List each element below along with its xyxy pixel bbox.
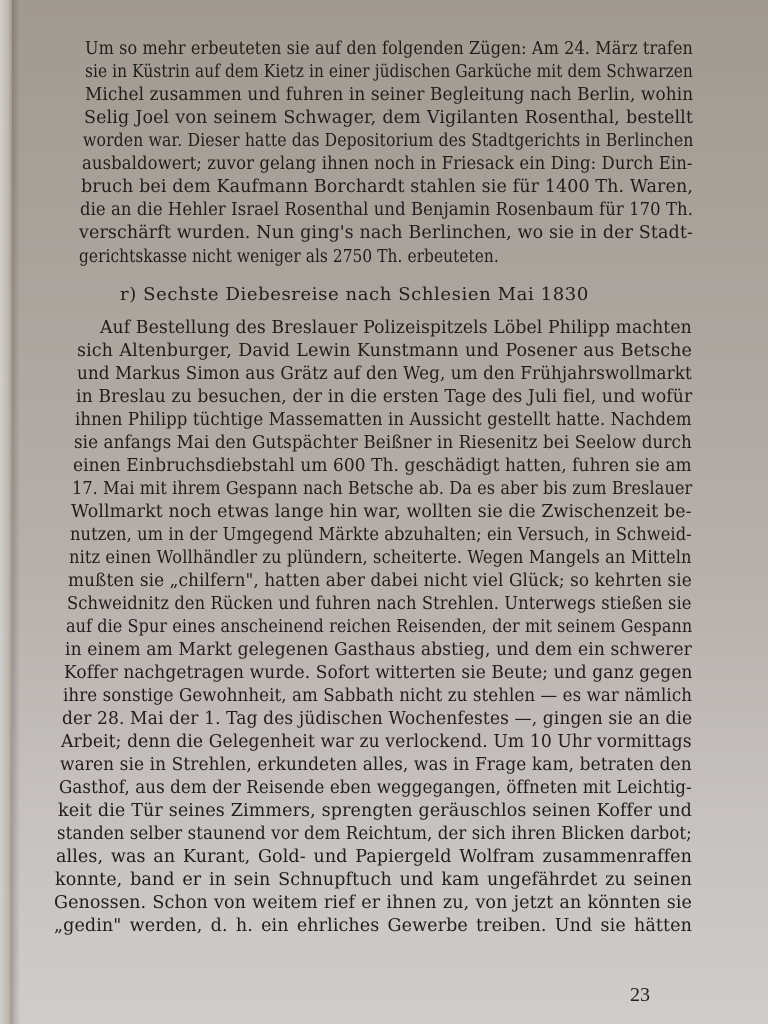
text-line: gerichtskasse nicht weniger als 2750 Th.… [79, 247, 499, 267]
text-line: nutzen, um in der Umgegend Märkte abzuha… [70, 525, 692, 545]
text-line: Arbeit; denn die Gelegenheit war zu verl… [61, 732, 692, 752]
book-page: Um so mehr erbeuteten sie auf den folgen… [0, 0, 768, 1024]
text-line: worden war. Dieser hatte das Depositoriu… [83, 131, 693, 151]
text-line: nitz einen Wollhändler zu plündern, sche… [69, 548, 692, 568]
text-line: in einem am Markt gelegenen Gasthaus abs… [65, 640, 692, 660]
text-line: sich Altenburger, David Lewin Kunstmann … [77, 341, 692, 361]
text-line: die an die Hehler Israel Rosenthal und B… [80, 200, 693, 220]
text-line: ihre sonstige Gewohnheit, am Sabbath nic… [63, 686, 692, 706]
text-line: in Breslau zu besuchen, der in die erste… [76, 387, 692, 407]
text-line: verschärft wurden. Nun ging's nach Berli… [79, 223, 693, 243]
text-line: Genossen. Schon von weitem rief er ihnen… [54, 893, 692, 913]
text-line: keit die Tür seines Zimmers, sprengten g… [58, 801, 692, 821]
text-line: mußten sie „chilfern", hatten aber dabei… [68, 571, 692, 591]
text-line: sie in Küstrin auf dem Kietz in einer jü… [85, 62, 693, 82]
text-line: alles, was an Kurant, Gold- und Papierge… [56, 847, 692, 867]
text-line: Schweidnitz den Rücken und fuhren nach S… [67, 594, 692, 614]
text-line: Koffer nachgetragen wurde. Sofort witter… [64, 663, 692, 683]
text-line: „gedin" werden, d. h. ein ehrliches Gewe… [54, 916, 692, 936]
text-line: waren sie in Strehlen, erkundeten alles,… [60, 755, 692, 775]
page-number: 23 [630, 984, 650, 1007]
text-line: Um so mehr erbeuteten sie auf den folgen… [85, 39, 693, 59]
text-line: konnte, band er in sein Schnupftuch und … [55, 870, 692, 890]
text-line: Gasthof, aus dem der Reisende eben wegge… [59, 778, 692, 798]
text-line: der 28. Mai der 1. Tag des jüdischen Woc… [62, 709, 692, 729]
text-line: sie anfangs Mai den Gutspächter Beißner … [74, 433, 692, 453]
text-line: bruch bei dem Kaufmann Borchardt stahlen… [81, 177, 693, 197]
text-line: auf die Spur eines anscheinend reichen R… [66, 617, 692, 637]
text-line: einen Einbruchsdiebstahl um 600 Th. gesc… [73, 456, 692, 476]
text-line: Michel zusammen und fuhren in seiner Beg… [85, 85, 693, 105]
text-line: 17. Mai mit ihrem Gespann nach Betsche a… [72, 479, 692, 499]
text-line: Wollmarkt noch etwas lange hin war, woll… [71, 502, 692, 522]
text-line: ausbaldowert; zuvor gelang ihnen noch in… [82, 154, 693, 174]
text-line: und Markus Simon aus Grätz auf den Weg, … [77, 364, 692, 384]
text-line: Selig Joel von seinem Schwager, dem Vigi… [84, 108, 693, 128]
text-line: Auf Bestellung des Breslauer Polizeispit… [100, 318, 692, 338]
text-line: standen selber staunend vor dem Reichtum… [57, 824, 692, 844]
section-heading: r) Sechste Diebesreise nach Schlesien Ma… [120, 284, 589, 305]
text-line: ihnen Philipp tüchtige Massematten in Au… [75, 410, 692, 430]
